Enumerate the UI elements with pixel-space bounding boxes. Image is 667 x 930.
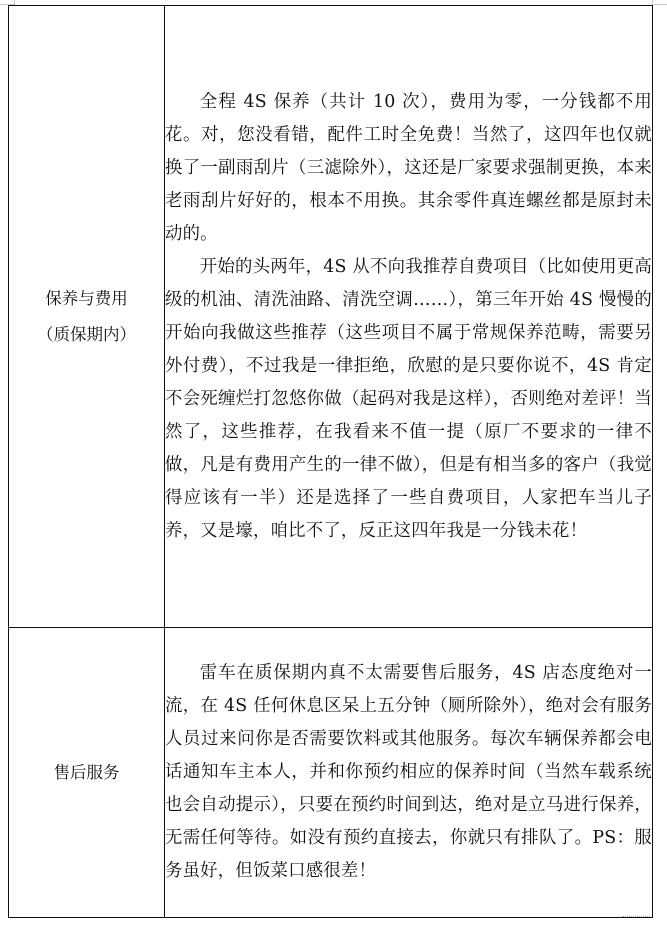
end-marker (622, 916, 650, 918)
table-row-after-sales: 售后服务 雷车在质保期内真不太需要售后服务，4S 店态度绝对一流，在 4S 任何… (9, 628, 653, 918)
paragraph: 全程 4S 保养（共计 10 次），费用为零，一分钱都不用花。对，您没看错，配件… (165, 86, 652, 251)
row-label-line: （质保期内） (9, 317, 164, 353)
review-table: 保养与费用 （质保期内） 全程 4S 保养（共计 10 次），费用为零，一分钱都… (8, 5, 653, 918)
paragraph: 开始的头两年，4S 从不向我推荐自费项目（比如使用更高级的机油、清洗油路、清洗空… (165, 251, 652, 548)
row-label-line: 保养与费用 (9, 281, 164, 317)
page-corner-mark-right (652, 0, 667, 5)
row-label-line: 售后服务 (9, 755, 164, 791)
row-content-after-sales: 雷车在质保期内真不太需要售后服务，4S 店态度绝对一流，在 4S 任何休息区呆上… (165, 628, 653, 918)
paragraph: 雷车在质保期内真不太需要售后服务，4S 店态度绝对一流，在 4S 任何休息区呆上… (165, 657, 652, 888)
row-content-maintenance: 全程 4S 保养（共计 10 次），费用为零，一分钱都不用花。对，您没看错，配件… (165, 6, 653, 628)
row-label-maintenance: 保养与费用 （质保期内） (9, 6, 165, 628)
table-row-maintenance: 保养与费用 （质保期内） 全程 4S 保养（共计 10 次），费用为零，一分钱都… (9, 6, 653, 628)
row-label-after-sales: 售后服务 (9, 628, 165, 918)
